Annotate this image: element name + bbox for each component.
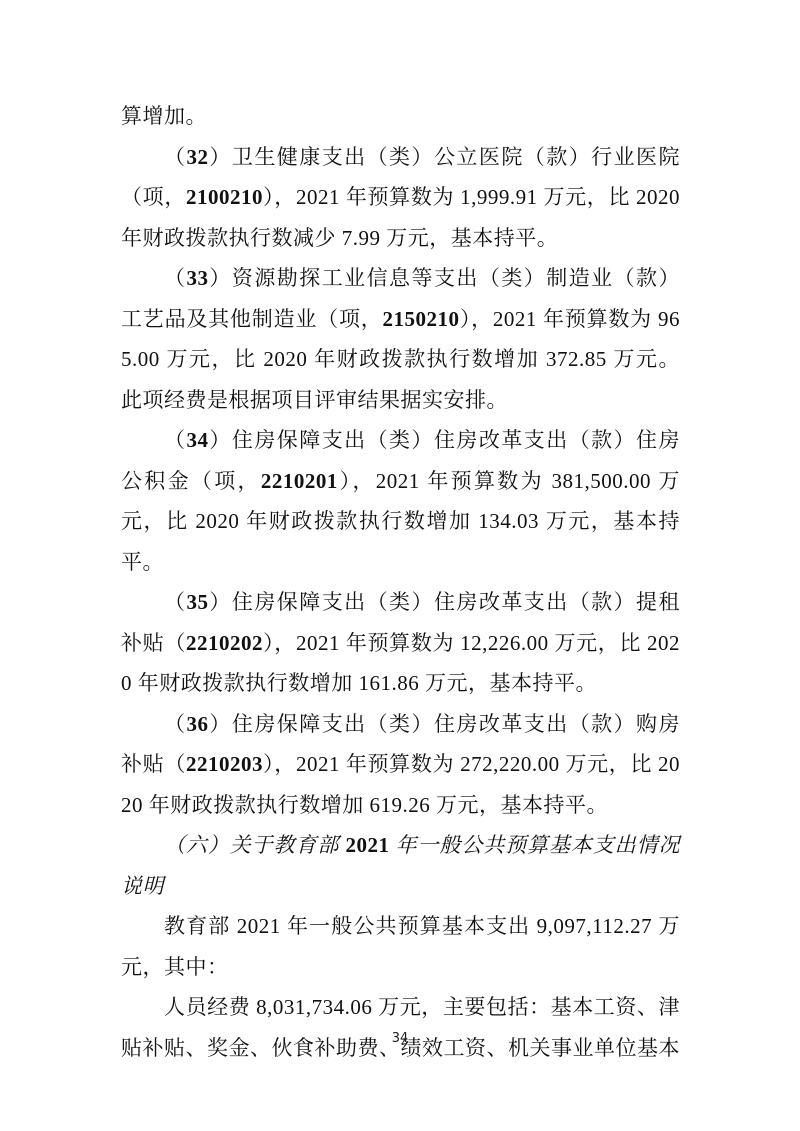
bold-run: 35	[186, 590, 208, 614]
para-personnel-funds: 人员经费 8,031,734.06 万元，主要包括：基本工资、津贴补贴、奖金、伙…	[121, 987, 680, 1068]
text-run: 算增加。	[121, 104, 207, 128]
bold-run: 2210202	[186, 631, 263, 655]
bold-run: 33	[186, 266, 208, 290]
bold-run: 2100210	[186, 185, 263, 209]
para-item-35: （35）住房保障支出（类）住房改革支出（款）提租补贴（2210202），2021…	[121, 582, 680, 704]
bold-run: 2150210	[383, 307, 460, 331]
heading-section-6: （六）关于教育部 2021 年一般公共预算基本支出情况说明	[121, 825, 680, 906]
bold-run: 36	[186, 712, 208, 736]
bold-run: 2210201	[261, 469, 338, 493]
para-basic-expenditure-total: 教育部 2021 年一般公共预算基本支出 9,097,112.27 万元，其中：	[121, 906, 680, 987]
para-item-33: （33）资源勘探工业信息等支出（类）制造业（款）工艺品及其他制造业（项，2150…	[121, 258, 680, 420]
text-run: （	[164, 428, 186, 452]
document-page: 算增加。（32）卫生健康支出（类）公立医院（款）行业医院（项，2100210），…	[0, 0, 800, 1131]
document-body: 算增加。（32）卫生健康支出（类）公立医院（款）行业医院（项，2100210），…	[121, 96, 680, 1068]
text-run: （六）关于教育部	[164, 833, 345, 857]
text-run: （	[164, 590, 186, 614]
page-number: 34	[0, 1031, 800, 1046]
para-item-32: （32）卫生健康支出（类）公立医院（款）行业医院（项，2100210），2021…	[121, 137, 680, 259]
bold-run: 2210203	[186, 752, 263, 776]
para-item-36: （36）住房保障支出（类）住房改革支出（款）购房补贴（2210203），2021…	[121, 704, 680, 826]
text-run: （	[164, 266, 186, 290]
text-run: （	[164, 712, 186, 736]
text-run: 教育部 2021 年一般公共预算基本支出 9,097,112.27 万元，其中：	[121, 914, 680, 979]
bold-run: 34	[186, 428, 208, 452]
bold-run: 32	[186, 145, 208, 169]
text-run: （	[164, 145, 186, 169]
bold-run: 2021	[345, 833, 389, 857]
para-continuation: 算增加。	[121, 96, 680, 137]
text-run: 人员经费 8,031,734.06 万元，主要包括：基本工资、津贴补贴、奖金、伙…	[121, 995, 680, 1060]
para-item-34: （34）住房保障支出（类）住房改革支出（款）住房公积金（项，2210201），2…	[121, 420, 680, 582]
